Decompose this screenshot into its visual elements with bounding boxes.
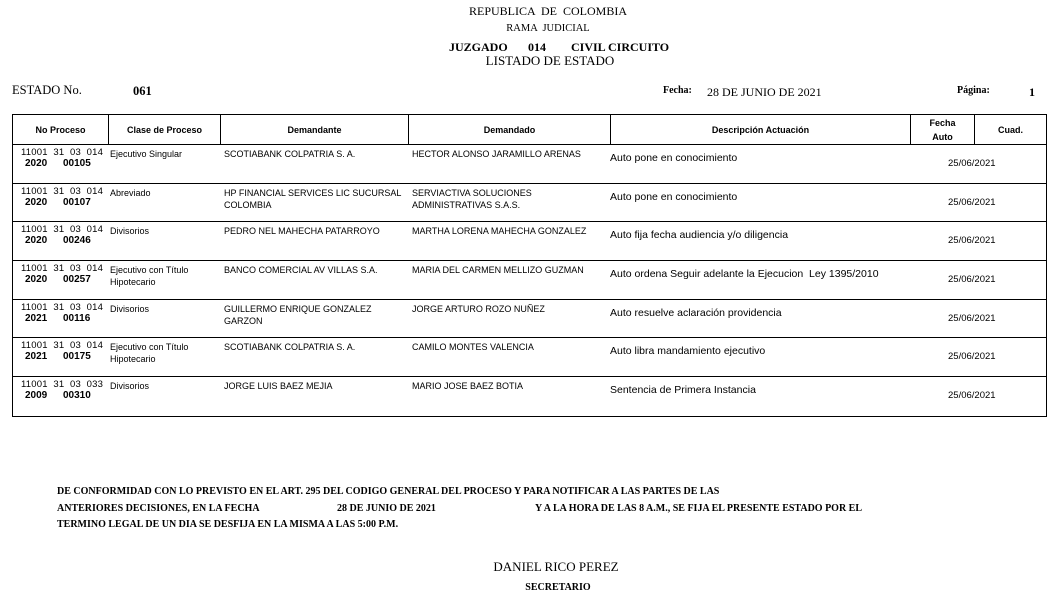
clase-proceso: Divisorios [110, 225, 218, 237]
notice-date: 28 DE JUNIO DE 2021 [337, 503, 436, 514]
col-clase-proceso: Clase de Proceso [109, 115, 221, 144]
clase-proceso: Divisorios [110, 380, 218, 392]
table-row: 11001 31 03 014 202100116 Divisorios GUI… [13, 300, 1046, 339]
fecha-value: 28 DE JUNIO DE 2021 [707, 85, 822, 100]
proceso-numero: 202100116 [25, 313, 90, 325]
clase-proceso: Abreviado [110, 187, 218, 199]
proceso-anio: 2009 [25, 390, 63, 402]
demandante: GUILLERMO ENRIQUE GONZALEZ GARZON [224, 303, 404, 327]
demandado: JORGE ARTURO ROZO NUÑEZ [412, 303, 602, 315]
proceso-numero: 202000246 [25, 235, 91, 247]
fecha-auto: 25/06/2021 [948, 158, 996, 170]
table-header: No Proceso Clase de Proceso Demandante D… [13, 115, 1046, 145]
demandado: SERVIACTIVA SOLUCIONES ADMINISTRATIVAS S… [412, 187, 602, 211]
descripcion-actuacion: Auto pone en conocimiento [610, 152, 737, 164]
descripcion-actuacion: Auto fija fecha audiencia y/o diligencia [610, 229, 788, 241]
proceso-numero: 202100175 [25, 351, 91, 363]
fecha-auto: 25/06/2021 [948, 351, 996, 363]
page-title: LISTADO DE ESTADO [0, 53, 1061, 69]
proceso-numero: 202000105 [25, 158, 91, 170]
demandado: MARTHA LORENA MAHECHA GONZALEZ [412, 225, 602, 237]
pagina-value: 1 [1029, 85, 1035, 100]
col-demandante: Demandante [221, 115, 409, 144]
rama-heading: RAMA JUDICIAL [0, 23, 1061, 34]
estado-table: No Proceso Clase de Proceso Demandante D… [12, 114, 1047, 417]
fecha-auto: 25/06/2021 [948, 235, 996, 247]
table-body: 11001 31 03 014 202000105 Ejecutivo Sing… [13, 145, 1046, 416]
demandante: SCOTIABANK COLPATRIA S. A. [224, 148, 404, 160]
demandante: PEDRO NEL MAHECHA PATARROYO [224, 225, 404, 237]
clase-proceso: Ejecutivo con Título Hipotecario [110, 341, 218, 365]
table-row: 11001 31 03 014 202100175 Ejecutivo con … [13, 338, 1046, 377]
secretario-title: SECRETARIO [0, 582, 1061, 593]
proceso-consecutivo: 00246 [63, 235, 91, 247]
fecha-auto: 25/06/2021 [948, 274, 996, 286]
proceso-consecutivo: 00107 [63, 197, 91, 209]
table-row: 11001 31 03 014 202000257 Ejecutivo con … [13, 261, 1046, 300]
descripcion-actuacion: Sentencia de Primera Instancia [610, 384, 756, 396]
fecha-label: Fecha: [663, 85, 692, 96]
secretario-name: DANIEL RICO PEREZ [0, 559, 1061, 575]
proceso-consecutivo: 00105 [63, 158, 91, 170]
fecha-auto: 25/06/2021 [948, 197, 996, 209]
clase-proceso: Ejecutivo con Título Hipotecario [110, 264, 218, 288]
proceso-anio: 2021 [25, 351, 63, 363]
proceso-consecutivo: 00175 [63, 351, 91, 363]
col-descripcion: Descripción Actuación [611, 115, 911, 144]
demandante: BANCO COMERCIAL AV VILLAS S.A. [224, 264, 404, 276]
col-no-proceso: No Proceso [13, 115, 109, 144]
notice-line-1: DE CONFORMIDAD CON LO PREVISTO EN EL ART… [57, 486, 719, 497]
pagina-label: Página: [957, 85, 990, 96]
table-row: 11001 31 03 014 202000105 Ejecutivo Sing… [13, 145, 1046, 184]
descripcion-actuacion: Auto pone en conocimiento [610, 191, 737, 203]
table-row: 11001 31 03 033 200900310 Divisorios JOR… [13, 377, 1046, 416]
demandante: SCOTIABANK COLPATRIA S. A. [224, 341, 404, 353]
col-fecha-auto: Fecha Auto [911, 115, 975, 144]
notice-line-3: TERMINO LEGAL DE UN DIA SE DESFIJA EN LA… [57, 519, 398, 530]
estado-label: ESTADO No. [12, 83, 82, 98]
republica-heading: REPUBLICA DE COLOMBIA [0, 4, 1061, 19]
proceso-consecutivo: 00257 [63, 274, 91, 286]
clase-proceso: Divisorios [110, 303, 218, 315]
descripcion-actuacion: Auto libra mandamiento ejecutivo [610, 345, 765, 357]
fecha-auto: 25/06/2021 [948, 313, 996, 325]
col-cuad: Cuad. [975, 115, 1046, 144]
demandado: HECTOR ALONSO JARAMILLO ARENAS [412, 148, 602, 160]
proceso-anio: 2020 [25, 235, 63, 247]
col-demandado: Demandado [409, 115, 611, 144]
demandado: MARIO JOSE BAEZ BOTIA [412, 380, 602, 392]
demandado: CAMILO MONTES VALENCIA [412, 341, 602, 353]
demandado: MARIA DEL CARMEN MELLIZO GUZMAN [412, 264, 602, 276]
demandante: JORGE LUIS BAEZ MEJIA [224, 380, 404, 392]
proceso-anio: 2021 [25, 313, 63, 325]
proceso-numero: 200900310 [25, 390, 91, 402]
table-row: 11001 31 03 014 202000107 Abreviado HP F… [13, 184, 1046, 223]
fecha-auto: 25/06/2021 [948, 390, 996, 402]
notice-line-2b: Y A LA HORA DE LAS 8 A.M., SE FIJA EL PR… [535, 503, 862, 514]
proceso-anio: 2020 [25, 274, 63, 286]
descripcion-actuacion: Auto ordena Seguir adelante la Ejecucion… [610, 268, 879, 280]
clase-proceso: Ejecutivo Singular [110, 148, 218, 160]
demandante: HP FINANCIAL SERVICES LIC SUCURSAL COLOM… [224, 187, 404, 211]
proceso-consecutivo: 00310 [63, 390, 91, 402]
notice-line-2: ANTERIORES DECISIONES, EN LA FECHA [57, 503, 260, 514]
proceso-anio: 2020 [25, 197, 63, 209]
proceso-numero: 202000107 [25, 197, 91, 209]
proceso-consecutivo: 00116 [63, 313, 90, 325]
table-row: 11001 31 03 014 202000246 Divisorios PED… [13, 222, 1046, 261]
proceso-anio: 2020 [25, 158, 63, 170]
estado-number: 061 [133, 84, 152, 99]
proceso-numero: 202000257 [25, 274, 91, 286]
descripcion-actuacion: Auto resuelve aclaración providencia [610, 307, 782, 319]
